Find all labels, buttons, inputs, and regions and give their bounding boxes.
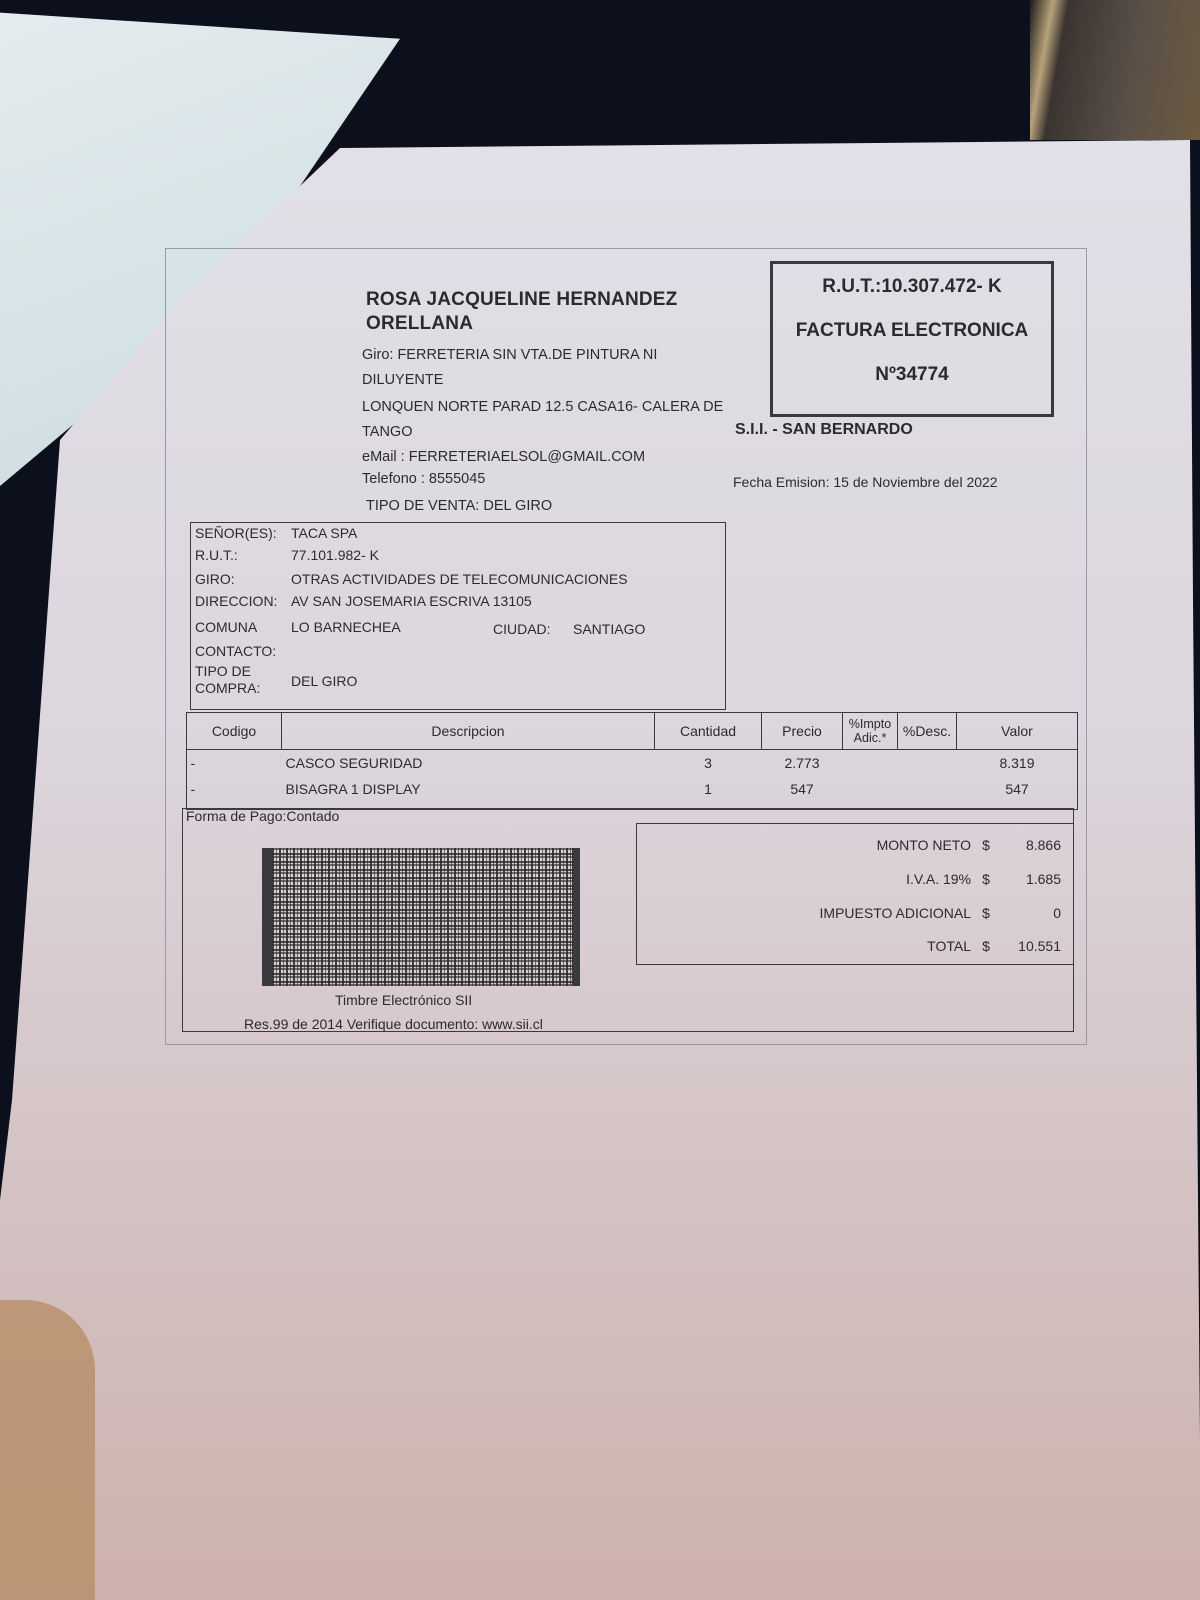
total-label: TOTAL — [927, 938, 971, 954]
item-desc — [898, 750, 957, 777]
col-desc: %Desc. — [898, 713, 957, 750]
hand-shadow — [0, 1300, 95, 1600]
table-row: - BISAGRA 1 DISPLAY 1 547 547 — [187, 776, 1078, 802]
col-impto: %Impto Adic.* — [843, 713, 898, 750]
item-codigo: - — [187, 776, 282, 802]
ciudad-value: SANTIAGO — [573, 621, 645, 637]
client-box: SEÑOR(ES): TACA SPA R.U.T.: 77.101.982- … — [190, 522, 726, 710]
client-giro: OTRAS ACTIVIDADES DE TELECOMUNICACIONES — [291, 571, 628, 587]
item-cantidad: 1 — [655, 776, 762, 802]
total-value: 1.685 — [1001, 871, 1061, 887]
emitter-phone: Telefono : 8555045 — [362, 471, 485, 487]
totals-box: MONTO NETO $ 8.866 I.V.A. 19% $ 1.685 IM… — [636, 823, 1074, 965]
total-row-iva: I.V.A. 19% $ 1.685 — [906, 871, 1061, 887]
total-value: 0 — [1001, 905, 1061, 921]
client-rut: 77.101.982- K — [291, 547, 379, 563]
client-address: AV SAN JOSEMARIA ESCRIVA 13105 — [291, 593, 532, 609]
document-number: Nº34774 — [773, 364, 1051, 386]
item-impto — [843, 776, 898, 802]
emitter-address: LONQUEN NORTE PARAD 12.5 CASA16- CALERA … — [362, 395, 732, 445]
total-currency: $ — [971, 905, 1001, 921]
item-descripcion: BISAGRA 1 DISPLAY — [282, 776, 655, 802]
pdf417-barcode-icon — [262, 848, 580, 986]
col-valor: Valor — [957, 713, 1078, 750]
item-codigo: - — [187, 750, 282, 777]
client-label: CONTACTO: — [195, 643, 276, 659]
client-tipo-compra: DEL GIRO — [291, 673, 357, 689]
tipo-venta: TIPO DE VENTA: DEL GIRO — [366, 498, 552, 514]
col-cantidad: Cantidad — [655, 713, 762, 750]
sii-office: S.I.I. - SAN BERNARDO — [735, 421, 913, 439]
item-precio: 547 — [762, 776, 843, 802]
ciudad-label: CIUDAD: — [493, 621, 551, 637]
table-row: - CASCO SEGURIDAD 3 2.773 8.319 — [187, 750, 1078, 777]
timbre-resolution: Res.99 de 2014 Verifique documento: www.… — [244, 1016, 543, 1032]
item-impto — [843, 750, 898, 777]
emitter-name: ROSA JACQUELINE HERNANDEZ ORELLANA — [366, 288, 726, 336]
item-descripcion: CASCO SEGURIDAD — [282, 750, 655, 777]
client-label: DIRECCION: — [195, 593, 277, 609]
total-row-impuesto: IMPUESTO ADICIONAL $ 0 — [820, 905, 1061, 921]
background-object — [1030, 0, 1200, 140]
client-label: SEÑOR(ES): — [195, 525, 277, 541]
payment-method: Forma de Pago:Contado — [186, 808, 339, 824]
client-label: TIPO DE COMPRA: — [195, 663, 265, 697]
client-label: R.U.T.: — [195, 547, 238, 563]
timbre-caption: Timbre Electrónico SII — [335, 992, 472, 1008]
total-label: IMPUESTO ADICIONAL — [820, 905, 971, 921]
item-cantidad: 3 — [655, 750, 762, 777]
emitter-rut: R.U.T.:10.307.472- K — [773, 276, 1051, 298]
items-table: Codigo Descripcion Cantidad Precio %Impt… — [186, 712, 1078, 802]
emitter-email: eMail : FERRETERIAELSOL@GMAIL.COM — [362, 449, 645, 465]
item-precio: 2.773 — [762, 750, 843, 777]
document-id-box: R.U.T.:10.307.472- K FACTURA ELECTRONICA… — [770, 261, 1054, 417]
total-row-total: TOTAL $ 10.551 — [927, 938, 1061, 954]
item-desc — [898, 776, 957, 802]
document-type: FACTURA ELECTRONICA — [773, 320, 1051, 342]
total-label: I.V.A. 19% — [906, 871, 971, 887]
client-name: TACA SPA — [291, 525, 357, 541]
total-currency: $ — [971, 871, 1001, 887]
total-label: MONTO NETO — [877, 837, 971, 853]
total-value: 10.551 — [1001, 938, 1061, 954]
col-codigo: Codigo — [187, 713, 282, 750]
col-descripcion: Descripcion — [282, 713, 655, 750]
total-row-neto: MONTO NETO $ 8.866 — [877, 837, 1061, 853]
item-valor: 547 — [957, 776, 1078, 802]
client-label: GIRO: — [195, 571, 235, 587]
emitter-giro: Giro: FERRETERIA SIN VTA.DE PINTURA NI D… — [362, 343, 692, 393]
item-valor: 8.319 — [957, 750, 1078, 777]
client-comuna: LO BARNECHEA — [291, 619, 401, 635]
total-currency: $ — [971, 837, 1001, 853]
total-currency: $ — [971, 938, 1001, 954]
total-value: 8.866 — [1001, 837, 1061, 853]
col-precio: Precio — [762, 713, 843, 750]
client-label: COMUNA — [195, 619, 257, 635]
issue-date: Fecha Emision: 15 de Noviembre del 2022 — [733, 474, 998, 490]
